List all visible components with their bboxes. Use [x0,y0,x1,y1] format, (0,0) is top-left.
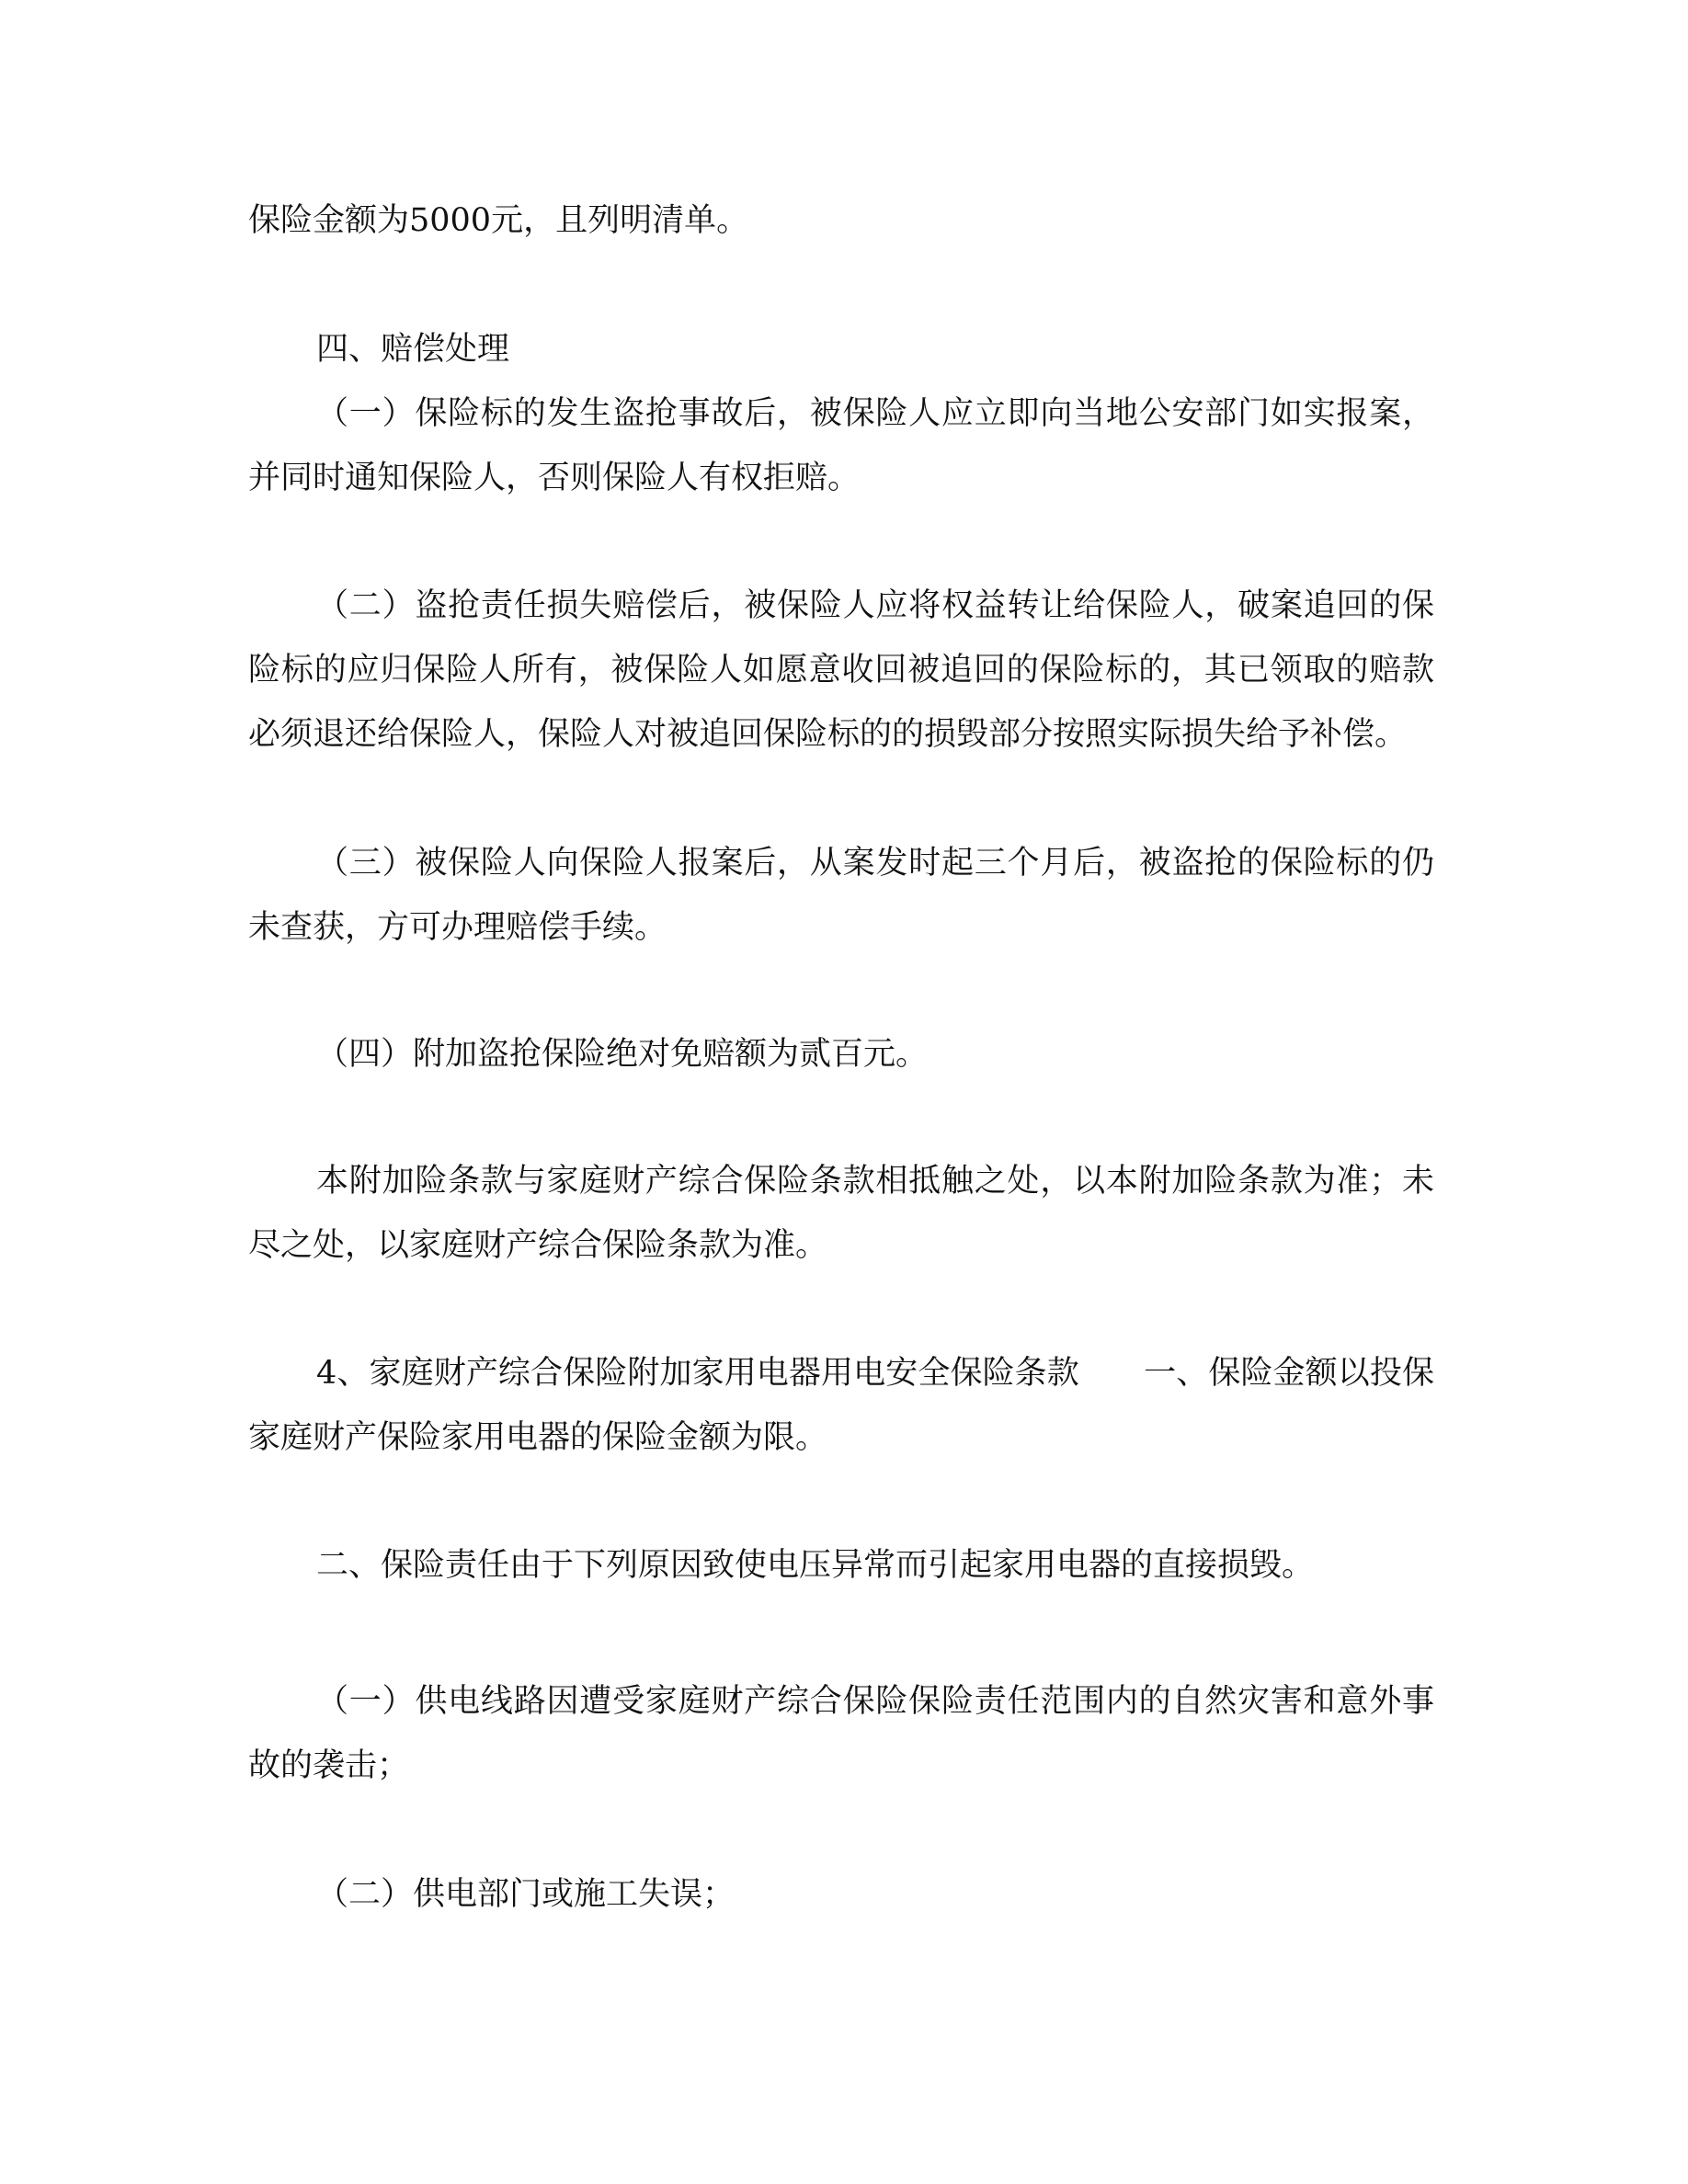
document-page: 保险金额为5000元，且列明清单。 四、赔偿处理 （一）保险标的发生盗抢事故后，… [0,0,1688,2184]
section-heading-claims: 四、赔偿处理 [316,329,1434,370]
precedence-line-2: 尽之处，以家庭财产综合保险条款为准。 [248,1225,1434,1266]
liability-heading: 二、保险责任由于下列原因致使电压异常而引起家用电器的直接损毁。 [316,1545,1434,1586]
clause-title-4-line-2: 家庭财产保险家用电器的保险金额为限。 [248,1417,1434,1458]
liability-item-1-line-1: （一）供电线路因遭受家庭财产综合保险保险责任范围内的自然灾害和意外事 [316,1681,1434,1722]
clause-4-3-line-2: 未查获，方可办理赔偿手续。 [248,907,1434,948]
clause-4-4-line-1: （四）附加盗抢保险绝对免赔额为贰百元。 [316,1034,1434,1075]
clause-4-1-line-2: 并同时通知保险人，否则保险人有权拒赔。 [248,458,1434,498]
liability-item-1-line-2: 故的袭击； [248,1746,1434,1786]
paragraph-amount-tail-line-1: 保险金额为5000元，且列明清单。 [248,200,1434,241]
clause-4-2-line-2: 险标的应归保险人所有，被保险人如愿意收回被追回的保险标的，其已领取的赔款 [248,650,1434,690]
precedence-line-1: 本附加险条款与家庭财产综合保险条款相抵触之处，以本附加险条款为准；未 [316,1161,1434,1201]
clause-4-3-line-1: （三）被保险人向保险人报案后，从案发时起三个月后，被盗抢的保险标的仍 [316,843,1434,883]
liability-item-2-line-1: （二）供电部门或施工失误； [316,1874,1434,1915]
clause-4-1-line-1: （一）保险标的发生盗抢事故后，被保险人应立即向当地公安部门如实报案， [316,393,1434,434]
clause-title-4-line-1: 4、家庭财产综合保险附加家用电器用电安全保险条款 一、保险金额以投保 [316,1353,1434,1393]
clause-4-2-line-3: 必须退还给保险人，保险人对被追回保险标的的损毁部分按照实际损失给予补偿。 [248,714,1434,755]
clause-4-2-line-1: （二）盗抢责任损失赔偿后，被保险人应将权益转让给保险人，破案追回的保 [316,586,1434,626]
